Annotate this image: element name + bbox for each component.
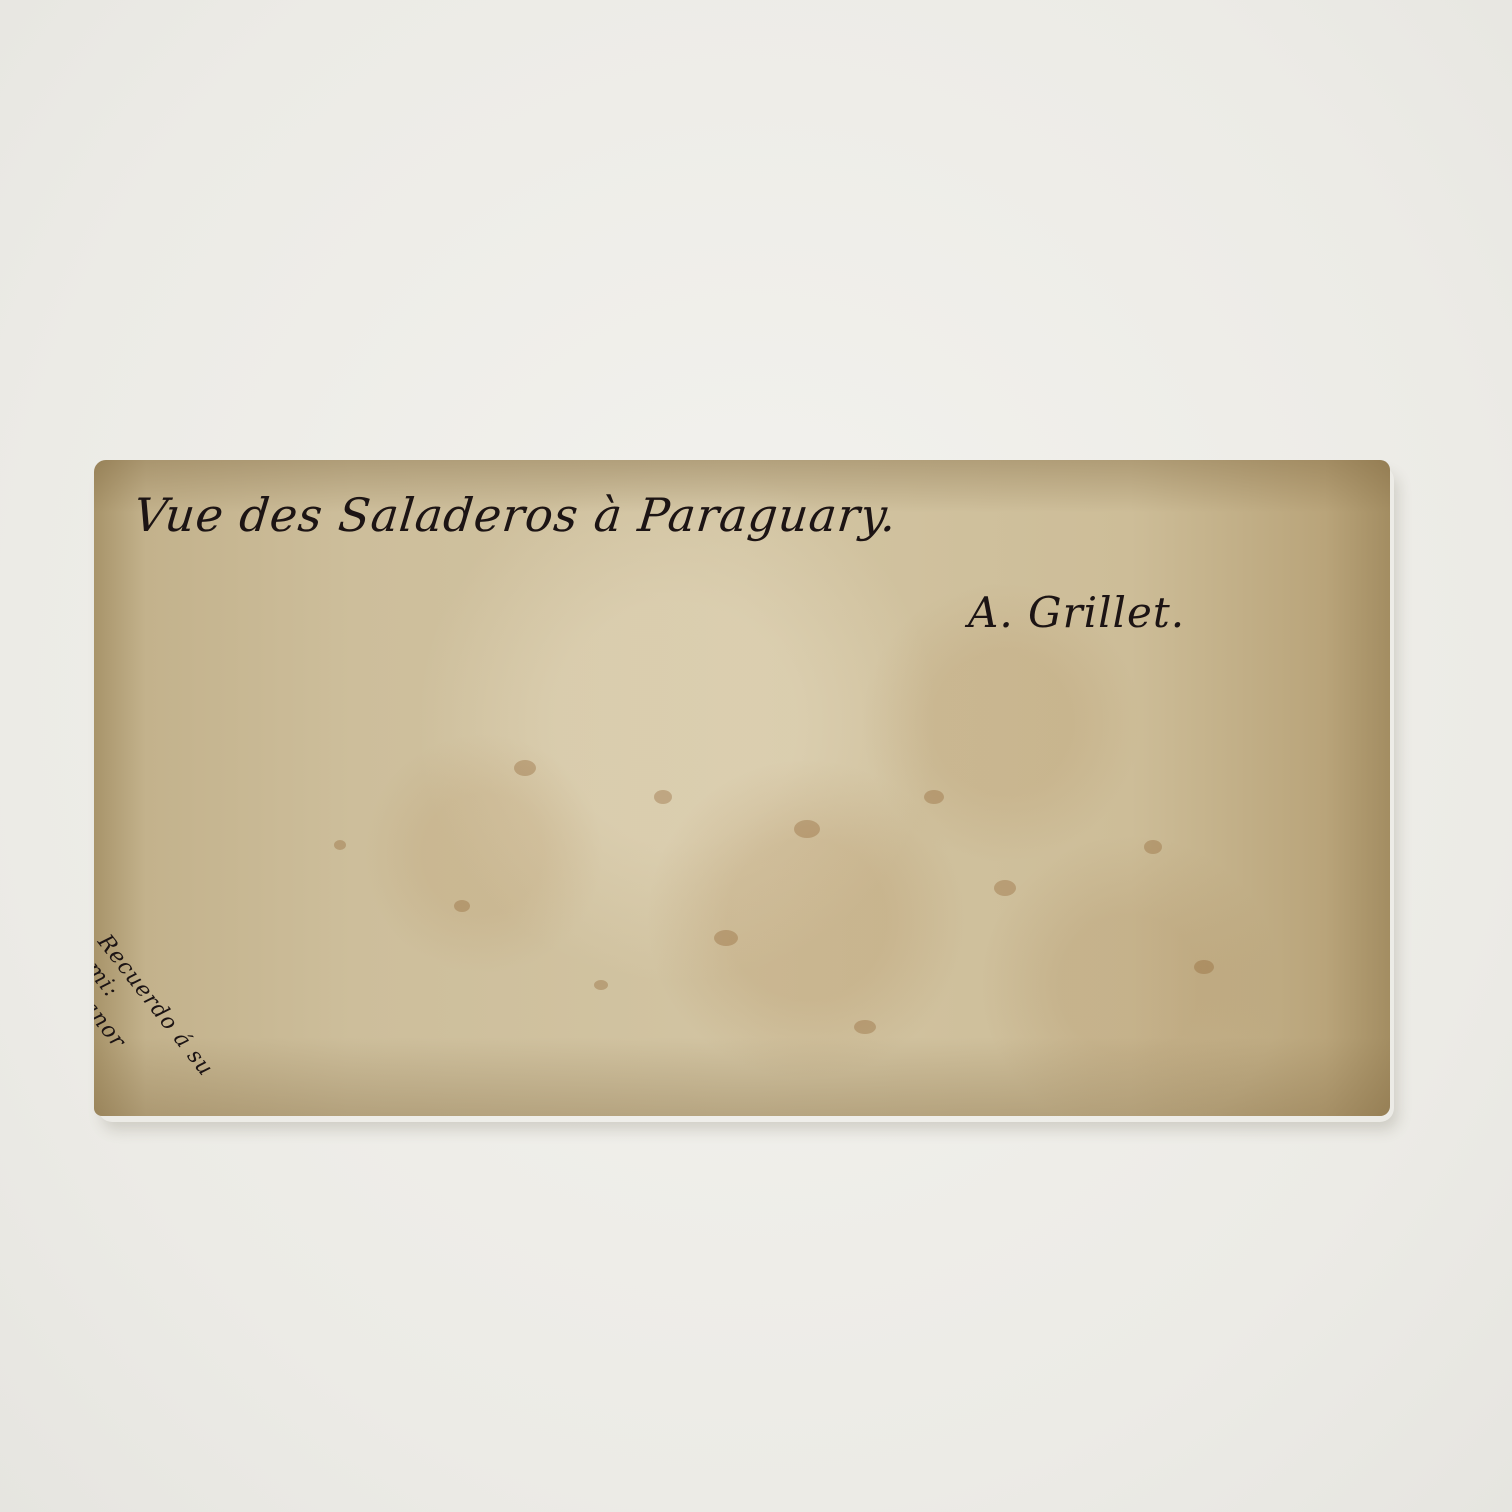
foxing-stain — [454, 900, 470, 912]
foxing-stain — [654, 790, 672, 804]
foxing-stain — [854, 1020, 876, 1034]
photographer-signature: A. Grillet. — [968, 588, 1185, 637]
foxing-stain — [924, 790, 944, 804]
photo-card-back: Vue des Saladeros à Paraguary. A. Grille… — [94, 460, 1390, 1116]
foxing-stain — [1144, 840, 1162, 854]
foxing-stain — [994, 880, 1016, 896]
foxing-stain — [514, 760, 536, 776]
foxing-stain — [714, 930, 738, 946]
dedication-note: Recuerdo á su ami: Nicanor / — [94, 930, 235, 1116]
foxing-stain — [794, 820, 820, 838]
foxing-stain — [594, 980, 608, 990]
foxing-stain — [334, 840, 346, 850]
title-inscription: Vue des Saladeros à Paraguary. — [131, 488, 900, 542]
foxing-stain — [1194, 960, 1214, 974]
